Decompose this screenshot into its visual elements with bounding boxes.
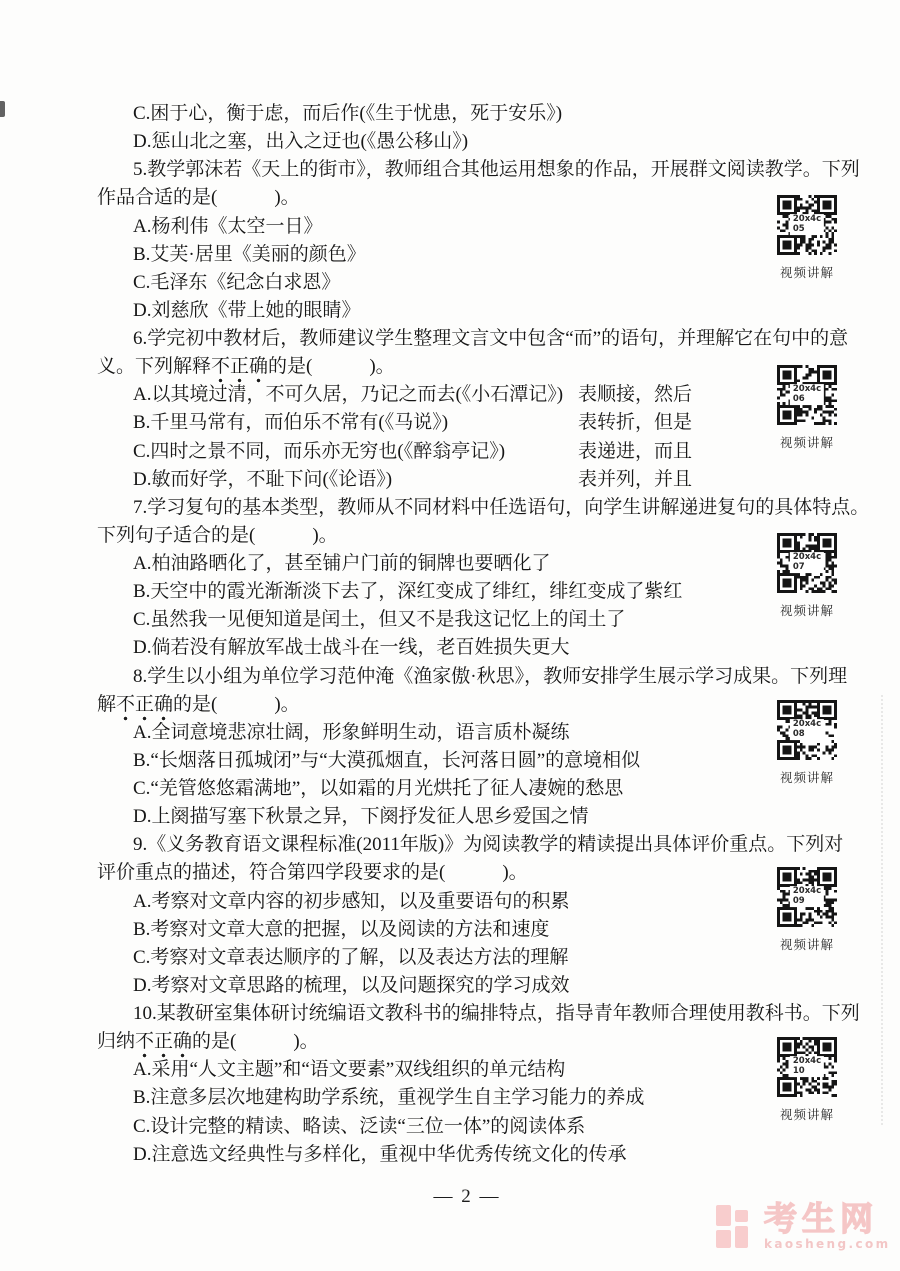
text-segment: 的是( )。: [192, 1031, 319, 1052]
text-line: A.杨利伟《太空一日》: [97, 213, 863, 241]
text-segment: A.全词意境悲凉壮阔，形象鲜明生动，语言质朴凝练: [133, 722, 569, 743]
text-segment: 不正确: [116, 694, 173, 721]
qr-code-icon: 20x4c 07: [777, 533, 837, 593]
watermark-site-name: 考生网: [764, 1202, 891, 1236]
text-segment: A.考察对文章内容的初步感知，以及重要语句的积累: [133, 891, 569, 912]
qr-block-q05: 20x4c 05视频讲解: [777, 195, 837, 281]
text-line: B.注意多层次地建构助学系统，重视学生自主学习能力的养成: [97, 1084, 863, 1112]
text-segment: 不正确: [135, 1031, 192, 1058]
qr-block-q07: 20x4c 07视频讲解: [777, 533, 837, 619]
text-line: C.困于心，衡于虑，而后作(《生于忧患，死于安乐》): [97, 100, 863, 128]
text-line: 解不正确的是( )。: [97, 691, 863, 719]
text-line: 8.学生以小组为单位学习范仲淹《渔家傲·秋思》，教师安排学生展示学习成果。下列理: [97, 663, 863, 691]
text-line: D.惩山北之塞，出入之迂也(《愚公移山》): [97, 128, 863, 156]
text-line: A.全词意境悲凉壮阔，形象鲜明生动，语言质朴凝练: [97, 719, 863, 747]
text-line: 6.学完初中教材后，教师建议学生整理文言文中包含“而”的语句，并理解它在句中的意: [97, 325, 863, 353]
text-line: B.考察对文章大意的把握，以及阅读的方法和速度: [97, 916, 863, 944]
kaosheng-watermark: 考生网 kaosheng.com: [716, 1202, 891, 1251]
text-segment: C.“羌管悠悠霜满地”，以如霜的月光烘托了征人凄婉的愁思: [133, 778, 623, 799]
text-line: 10.某教研室集体研讨统编语文教科书的编排特点，指导青年教师合理使用教科书。下列: [97, 1000, 863, 1028]
text-segment: B.注意多层次地建构助学系统，重视学生自主学习能力的养成: [133, 1087, 644, 1108]
text-segment: 9.《义务教育语文课程标准(2011年版)》为阅读教学的精读提出具体评价重点。下…: [133, 834, 843, 855]
text-line: B.“长烟落日孤城闭”与“大漠孤烟直，长河落日圆”的意境相似: [97, 747, 863, 775]
kaosheng-logo-icon: [716, 1202, 750, 1250]
text-segment: C.四时之景不同，而乐亦无穷也(《醉翁亭记》): [133, 441, 505, 462]
text-segment: A.以其境过清，不可久居，乃记之而去(《小石潭记》): [133, 384, 563, 405]
qr-caption: 视频讲解: [777, 1105, 837, 1123]
text-segment: B.考察对文章大意的把握，以及阅读的方法和速度: [133, 919, 549, 940]
text-segment: 不正确: [211, 356, 268, 383]
text-line: D.上阕描写塞下秋景之异，下阕抒发征人思乡爱国之情: [97, 803, 863, 831]
text-segment: C.困于心，衡于虑，而后作(《生于忧患，死于安乐》): [133, 103, 562, 124]
qr-caption: 视频讲解: [777, 433, 837, 451]
text-line: C.毛泽东《纪念白求恩》: [97, 269, 863, 297]
qr-code-icon: 20x4c 09: [777, 867, 837, 927]
watermark-site-domain: kaosheng.com: [764, 1237, 891, 1251]
text-line: B.千里马常有，而伯乐不常有(《马说》)表转折，但是: [97, 409, 863, 437]
text-segment: 表并列，并且: [578, 466, 692, 494]
text-line: C.“羌管悠悠霜满地”，以如霜的月光烘托了征人凄婉的愁思: [97, 775, 863, 803]
text-line: 下列句子适合的是( )。: [97, 522, 863, 550]
qr-caption: 视频讲解: [777, 935, 837, 953]
qr-center-label: 20x4c 09: [790, 886, 824, 907]
text-segment: D.刘慈欣《带上她的眼睛》: [133, 300, 360, 321]
text-segment: C.考察对文章表达顺序的了解，以及表达方法的理解: [133, 947, 568, 968]
text-segment: 归纳: [97, 1031, 135, 1052]
text-segment: 评价重点的描述，符合第四学段要求的是( )。: [97, 862, 528, 883]
text-segment: B.“长烟落日孤城闭”与“大漠孤烟直，长河落日圆”的意境相似: [133, 750, 640, 771]
text-segment: D.敏而好学，不耻下问(《论语》): [133, 469, 392, 490]
text-line: B.天空中的霞光渐渐淡下去了，深红变成了绯红，绯红变成了紫红: [97, 578, 863, 606]
text-segment: B.天空中的霞光渐渐淡下去了，深红变成了绯红，绯红变成了紫红: [133, 581, 682, 602]
text-segment: 8.学生以小组为单位学习范仲淹《渔家傲·秋思》，教师安排学生展示学习成果。下列理: [133, 666, 847, 687]
text-line: D.倘若没有解放军战士战斗在一线，老百姓损失更大: [97, 634, 863, 662]
qr-block-q08: 20x4c 08视频讲解: [777, 700, 837, 786]
text-segment: 10.某教研室集体研讨统编语文教科书的编排特点，指导青年教师合理使用教科书。下列: [133, 1003, 860, 1024]
qr-center-label: 20x4c 08: [790, 719, 824, 740]
text-line: 作品合适的是( )。: [97, 184, 863, 212]
qr-center-label: 20x4c 07: [790, 552, 824, 573]
text-line: D.刘慈欣《带上她的眼睛》: [97, 297, 863, 325]
text-line: 7.学习复句的基本类型，教师从不同材料中任选语句，向学生讲解递进复句的具体特点。: [97, 494, 863, 522]
text-line: D.考察对文章思路的梳理，以及问题探究的学习成效: [97, 972, 863, 1000]
text-line: B.艾芙·居里《美丽的颜色》: [97, 241, 863, 269]
text-line: 评价重点的描述，符合第四学段要求的是( )。: [97, 859, 863, 887]
qr-block-q09: 20x4c 09视频讲解: [777, 867, 837, 953]
text-line: C.四时之景不同，而乐亦无穷也(《醉翁亭记》)表递进，而且: [97, 438, 863, 466]
text-line: A.采用“人文主题”和“语文要素”双线组织的单元结构: [97, 1056, 863, 1084]
text-segment: D.注意选文经典性与多样化，重视中华优秀传统文化的传承: [133, 1144, 626, 1165]
text-segment: 的是( )。: [268, 356, 395, 377]
text-segment: D.倘若没有解放军战士战斗在一线，老百姓损失更大: [133, 637, 569, 658]
qr-caption: 视频讲解: [777, 263, 837, 281]
text-segment: 表转折，但是: [578, 409, 692, 437]
qr-code-icon: 20x4c 06: [777, 365, 837, 425]
exam-page: C.困于心，衡于虑，而后作(《生于忧患，死于安乐》)D.惩山北之塞，出入之迂也(…: [0, 0, 900, 1271]
text-line: A.以其境过清，不可久居，乃记之而去(《小石潭记》)表顺接，然后: [97, 381, 863, 409]
scan-edge-artifact: [0, 101, 5, 117]
text-line: 归纳不正确的是( )。: [97, 1028, 863, 1056]
qr-center-label: 20x4c 06: [790, 384, 824, 405]
text-line: D.注意选文经典性与多样化，重视中华优秀传统文化的传承: [97, 1141, 863, 1169]
qr-code-icon: 20x4c 10: [777, 1037, 837, 1097]
text-line: C.虽然我一见便知道是闰土，但又不是我这记忆上的闰土了: [97, 606, 863, 634]
text-segment: B.艾芙·居里《美丽的颜色》: [133, 244, 366, 265]
text-segment: 表递进，而且: [578, 438, 692, 466]
text-segment: 6.学完初中教材后，教师建议学生整理文言文中包含“而”的语句，并理解它在句中的意: [133, 328, 848, 349]
text-segment: 解: [97, 694, 116, 715]
text-line: A.柏油路晒化了，甚至铺户门前的铜牌也要晒化了: [97, 550, 863, 578]
text-line: C.设计完整的精读、略读、泛读“三位一体”的阅读体系: [97, 1113, 863, 1141]
text-segment: 作品合适的是( )。: [97, 187, 300, 208]
text-line: 5.教学郭沫若《天上的街市》，教师组合其他运用想象的作品，开展群文阅读教学。下列: [97, 156, 863, 184]
text-line: C.考察对文章表达顺序的了解，以及表达方法的理解: [97, 944, 863, 972]
text-segment: D.考察对文章思路的梳理，以及问题探究的学习成效: [133, 975, 569, 996]
text-segment: 的是( )。: [173, 694, 300, 715]
text-segment: C.设计完整的精读、略读、泛读“三位一体”的阅读体系: [133, 1116, 585, 1137]
question-text-block: C.困于心，衡于虑，而后作(《生于忧患，死于安乐》)D.惩山北之塞，出入之迂也(…: [97, 100, 863, 1169]
qr-caption: 视频讲解: [777, 768, 837, 786]
qr-block-q10: 20x4c 10视频讲解: [777, 1037, 837, 1123]
text-segment: D.惩山北之塞，出入之迂也(《愚公移山》): [133, 131, 468, 152]
text-segment: C.虽然我一见便知道是闰土，但又不是我这记忆上的闰土了: [133, 609, 625, 630]
qr-code-icon: 20x4c 08: [777, 700, 837, 760]
text-segment: 下列句子适合的是( )。: [97, 525, 338, 546]
text-line: D.敏而好学，不耻下问(《论语》)表并列，并且: [97, 466, 863, 494]
qr-center-label: 20x4c 05: [790, 214, 824, 235]
text-line: 义。下列解释不正确的是( )。: [97, 353, 863, 381]
text-segment: 7.学习复句的基本类型，教师从不同材料中任选语句，向学生讲解递进复句的具体特点。: [133, 497, 869, 518]
text-segment: 表顺接，然后: [578, 381, 692, 409]
qr-block-q06: 20x4c 06视频讲解: [777, 365, 837, 451]
text-segment: A.柏油路晒化了，甚至铺户门前的铜牌也要晒化了: [133, 553, 550, 574]
watermark-text: 考生网 kaosheng.com: [764, 1202, 891, 1251]
text-segment: 5.教学郭沫若《天上的街市》，教师组合其他运用想象的作品，开展群文阅读教学。下列: [133, 159, 860, 180]
text-segment: D.上阕描写塞下秋景之异，下阕抒发征人思乡爱国之情: [133, 806, 588, 827]
text-line: A.考察对文章内容的初步感知，以及重要语句的积累: [97, 888, 863, 916]
qr-caption: 视频讲解: [777, 601, 837, 619]
text-segment: 义。下列解释: [97, 356, 211, 377]
scan-dotted-line-artifact: [881, 695, 883, 1125]
text-segment: C.毛泽东《纪念白求恩》: [133, 272, 340, 293]
text-segment: B.千里马常有，而伯乐不常有(《马说》): [133, 412, 448, 433]
text-segment: A.杨利伟《太空一日》: [133, 216, 322, 237]
text-line: 9.《义务教育语文课程标准(2011年版)》为阅读教学的精读提出具体评价重点。下…: [97, 831, 863, 859]
qr-code-icon: 20x4c 05: [777, 195, 837, 255]
qr-center-label: 20x4c 10: [790, 1056, 824, 1077]
text-segment: A.采用“人文主题”和“语文要素”双线组织的单元结构: [133, 1059, 565, 1080]
